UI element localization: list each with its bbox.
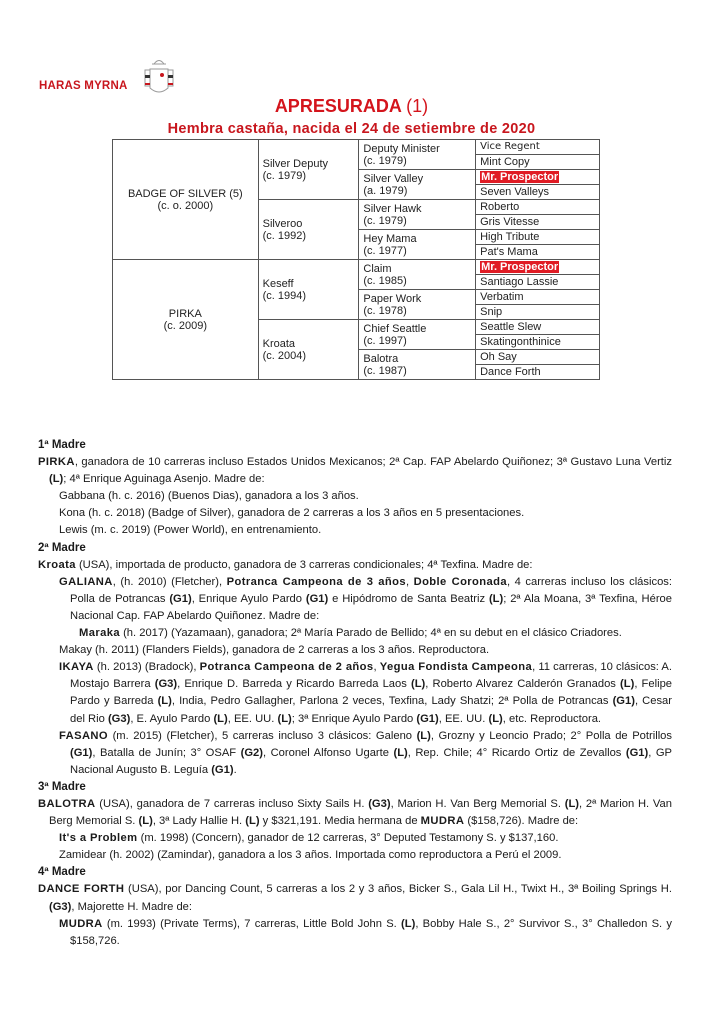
race-grade: (L) (417, 730, 431, 742)
produce-item: Gabbana (h. c. 2016) (Buenos Dias), gana… (38, 488, 672, 505)
gen4-cell: Verbatim (476, 290, 600, 305)
gen4-cell: Dance Forth (476, 365, 600, 380)
family-section: 1ª Madre PIRKA, ganadora de 10 carreras … (38, 437, 672, 950)
race-grade: (G2) (241, 747, 263, 759)
gen3-cell: Silver Valley(a. 1979) (359, 170, 476, 200)
gen4-cell: Oh Say (476, 350, 600, 365)
race-grade: (G3) (108, 713, 130, 725)
gen4-cell: Roberto (476, 200, 600, 215)
gen3-cell: Balotra(c. 1987) (359, 350, 476, 380)
race-grade: (L) (139, 815, 153, 827)
text: ; 3ª Enrique Ayulo Pardo (292, 713, 417, 725)
race-grade: (L) (393, 747, 407, 759)
race-grade: (G1) (613, 695, 635, 707)
gen2-detail: (c. 1994) (263, 290, 355, 302)
produce-name: MUDRA (59, 918, 103, 930)
text: , (h. 2010) (Fletcher), (113, 576, 227, 588)
gen3-name: Chief Seattle (363, 323, 471, 335)
race-grade: (L) (488, 713, 502, 725)
text: , EE. UU. (228, 713, 278, 725)
third-dam-heading: 3ª Madre (38, 779, 672, 796)
second-dam-heading: 2ª Madre (38, 540, 672, 557)
championship: Yegua Fondista Campeona (380, 661, 532, 673)
race-grade: (G1) (211, 764, 233, 776)
gen3-name: Balotra (363, 353, 471, 365)
race-grade: (G1) (416, 713, 438, 725)
race-grade: (G3) (155, 678, 177, 690)
produce-item-ikaya: IKAYA (h. 2013) (Bradock), Potranca Camp… (38, 659, 672, 727)
highlighted-ancestor: Mr. Prospector (480, 171, 559, 183)
text: , Batalla de Junín; 3° OSAF (92, 747, 240, 759)
gen3-name: Silver Valley (363, 173, 471, 185)
gen2-detail: (c. 2004) (263, 350, 355, 362)
text: , Enrique D. Barreda y Ricardo Barreda L… (177, 678, 411, 690)
produce-item: Lewis (m. c. 2019) (Power World), en ent… (38, 522, 672, 539)
gen4-cell: Santiago Lassie (476, 275, 600, 290)
gen3-detail: (c. 1987) (363, 365, 471, 377)
text: , EE. UU. (439, 713, 489, 725)
race-grade: (L) (245, 815, 259, 827)
race-grade: (G1) (306, 593, 328, 605)
produce-item-maraka: Maraka (h. 2017) (Yazamaan), ganadora; 2… (38, 625, 672, 642)
race-grade: (L) (565, 798, 579, 810)
race-grade: (L) (620, 678, 634, 690)
gen4-cell: Gris Vitesse (476, 215, 600, 230)
race-grade: (L) (158, 695, 172, 707)
dam-name: Kroata (38, 559, 76, 571)
produce-name: Maraka (79, 627, 120, 639)
gen4-cell: Mr. Prospector (476, 260, 600, 275)
text: (m. 2015) (Fletcher), 5 carreras incluso… (108, 730, 417, 742)
text: , (406, 576, 414, 588)
produce-name: It's a Problem (59, 832, 138, 844)
gen3-cell: Silver Hawk(c. 1979) (359, 200, 476, 230)
gen2-cell: Keseff(c. 1994) (258, 260, 359, 320)
produce-name: GALIANA (59, 576, 113, 588)
gen2-name: Keseff (263, 278, 355, 290)
gen4-cell: Mint Copy (476, 155, 600, 170)
produce-item-fasano: FASANO (m. 2015) (Fletcher), 5 carreras … (38, 728, 672, 779)
produce-item-galiana: GALIANA, (h. 2010) (Fletcher), Potranca … (38, 574, 672, 625)
gen3-cell: Chief Seattle(c. 1997) (359, 320, 476, 350)
text: . (234, 764, 237, 776)
gen4-cell: Seattle Slew (476, 320, 600, 335)
gen3-cell: Paper Work(c. 1978) (359, 290, 476, 320)
sire-name: BADGE OF SILVER (5) (117, 188, 254, 200)
gen2-cell: Silver Deputy(c. 1979) (258, 140, 359, 200)
dam-text: (USA), importada de producto, ganadora d… (76, 559, 533, 571)
highlighted-ancestor: Mr. Prospector (480, 261, 559, 273)
gen3-detail: (c. 1979) (363, 215, 471, 227)
gen3-detail: (c. 1997) (363, 335, 471, 347)
gen2-name: Silver Deputy (263, 158, 355, 170)
dam-name: PIRKA (38, 456, 75, 468)
text: , etc. Reproductora. (503, 713, 601, 725)
race-grade: (G1) (626, 747, 648, 759)
produce-name: FASANO (59, 730, 108, 742)
horse-title: APRESURADA (1) (0, 96, 703, 117)
horse-description: Hembra castaña, nacida el 24 de setiembr… (0, 121, 703, 137)
text: y $321,191. Media hermana de (260, 815, 421, 827)
gen3-detail: (a. 1979) (363, 185, 471, 197)
race-grade: (G1) (169, 593, 191, 605)
gen2-cell: Kroata(c. 2004) (258, 320, 359, 380)
gen4-cell: High Tribute (476, 230, 600, 245)
gen3-name: Paper Work (363, 293, 471, 305)
fourth-dam-heading: 4ª Madre (38, 864, 672, 881)
dam-cell: PIRKA (c. 2009) (113, 260, 259, 380)
third-dam-paragraph: BALOTRA (USA), ganadora de 7 carreras in… (38, 796, 672, 830)
race-grade: (L) (49, 473, 63, 485)
text: , Grozny y Leoncio Prado; 2° Polla de Po… (431, 730, 672, 742)
gen3-cell: Hey Mama(c. 1977) (359, 230, 476, 260)
dam-name: DANCE FORTH (38, 883, 124, 895)
produce-item-zamidear: Zamidear (h. 2002) (Zamindar), ganadora … (38, 847, 672, 864)
text: (m. 1998) (Concern), ganador de 12 carre… (138, 832, 559, 844)
race-grade: (L) (401, 918, 415, 930)
race-grade: (L) (277, 713, 291, 725)
race-grade: (G3) (368, 798, 390, 810)
gen3-detail: (c. 1978) (363, 305, 471, 317)
produce-item-mudra: MUDRA (m. 1993) (Private Terms), 7 carre… (38, 916, 672, 950)
gen2-name: Kroata (263, 338, 355, 350)
horse-name: APRESURADA (275, 96, 401, 116)
gen2-detail: (c. 1979) (263, 170, 355, 182)
gen3-detail: (c. 1985) (363, 275, 471, 287)
sire-detail: (c. o. 2000) (117, 200, 254, 212)
text: e Hipódromo de Santa Beatriz (328, 593, 489, 605)
gen4-cell: Mr. Prospector (476, 170, 600, 185)
dam-detail: (c. 2009) (117, 320, 254, 332)
gen4-cell: Seven Valleys (476, 185, 600, 200)
dam-text: , ganadora de 10 carreras incluso Estado… (75, 456, 672, 468)
race-grade: (L) (411, 678, 425, 690)
first-dam-paragraph: PIRKA, ganadora de 10 carreras incluso E… (38, 454, 672, 488)
text: (h. 2013) (Bradock), (94, 661, 200, 673)
gen3-name: Claim (363, 263, 471, 275)
gen3-cell: Deputy Minister(c. 1979) (359, 140, 476, 170)
pedigree-table: BADGE OF SILVER (5) (c. o. 2000) Silver … (112, 139, 600, 380)
fourth-dam-paragraph: DANCE FORTH (USA), por Dancing Count, 5 … (38, 881, 672, 915)
dam-text: ; 4ª Enrique Aguinaga Asenjo. Madre de: (63, 473, 264, 485)
gen4-cell: Snip (476, 305, 600, 320)
championship: Doble Coronada (414, 576, 507, 588)
relative-name: MUDRA (421, 815, 465, 827)
gen4-cell: Pat's Mama (476, 245, 600, 260)
race-grade: (L) (489, 593, 503, 605)
gen3-cell: Claim(c. 1985) (359, 260, 476, 290)
produce-name: IKAYA (59, 661, 94, 673)
text: , Enrique Ayulo Pardo (192, 593, 306, 605)
gen2-detail: (c. 1992) (263, 230, 355, 242)
race-grade: (G1) (70, 747, 92, 759)
sire-cell: BADGE OF SILVER (5) (c. o. 2000) (113, 140, 259, 260)
text: , Marion H. Van Berg Memorial S. (391, 798, 565, 810)
jockey-silks-icon (144, 56, 174, 98)
produce-item-problem: It's a Problem (m. 1998) (Concern), gana… (38, 830, 672, 847)
text: , Roberto Alvarez Calderón Granados (425, 678, 620, 690)
dam-name: BALOTRA (38, 798, 96, 810)
gen4-cell: Vice Regent (476, 140, 600, 155)
first-dam-heading: 1ª Madre (38, 437, 672, 454)
produce-item-makay: Makay (h. 2011) (Flanders Fields), ganad… (38, 642, 672, 659)
brand-name: HARAS MYRNA (39, 80, 127, 92)
championship: Potranca Campeona de 3 años (227, 576, 406, 588)
produce-item: Kona (h. c. 2018) (Badge of Silver), gan… (38, 505, 672, 522)
gen3-name: Silver Hawk (363, 203, 471, 215)
text: (USA), por Dancing Count, 5 carreras a l… (124, 883, 672, 895)
text: , E. Ayulo Pardo (130, 713, 213, 725)
text: , Rep. Chile; 4° Ricardo Ortiz de Zevall… (408, 747, 626, 759)
gen3-name: Hey Mama (363, 233, 471, 245)
text: (USA), ganadora de 7 carreras incluso Si… (96, 798, 369, 810)
dam-name: PIRKA (117, 308, 254, 320)
gen3-name: Deputy Minister (363, 143, 471, 155)
gen3-detail: (c. 1979) (363, 155, 471, 167)
second-dam-paragraph: Kroata (USA), importada de producto, gan… (38, 557, 672, 574)
horse-number: (1) (406, 96, 428, 116)
championship: Potranca Campeona de 2 años (200, 661, 374, 673)
text: , Coronel Alfonso Ugarte (263, 747, 393, 759)
gen3-detail: (c. 1977) (363, 245, 471, 257)
gen2-cell: Silveroo(c. 1992) (258, 200, 359, 260)
gen2-name: Silveroo (263, 218, 355, 230)
text: , 3ª Lady Hallie H. (153, 815, 245, 827)
race-grade: (L) (213, 713, 227, 725)
gen4-cell: Skatingonthinice (476, 335, 600, 350)
text: (h. 2017) (Yazamaan), ganadora; 2ª María… (120, 627, 622, 639)
text: , India, Pedro Gallagher, Parlona 2 vece… (172, 695, 613, 707)
text: ($158,726). Madre de: (464, 815, 578, 827)
race-grade: (G3) (49, 901, 71, 913)
text: (m. 1993) (Private Terms), 7 carreras, L… (103, 918, 401, 930)
text: , Majorette H. Madre de: (71, 901, 192, 913)
